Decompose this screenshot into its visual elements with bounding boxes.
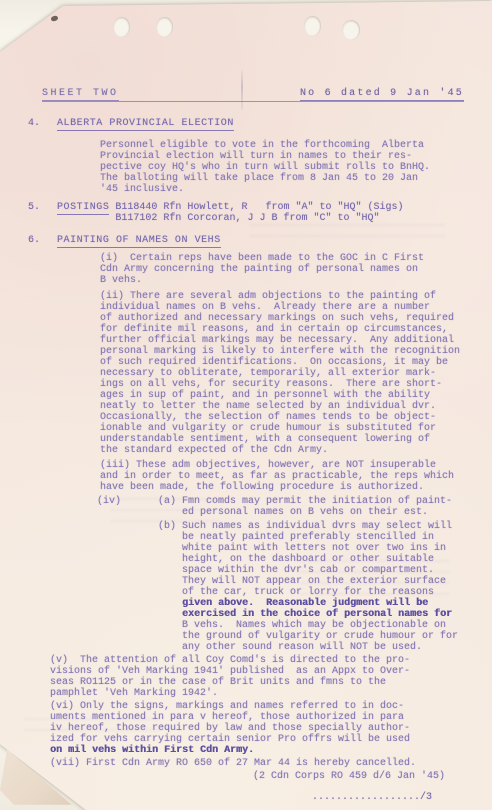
text-line: (ii) There are several adm objections to… — [100, 291, 492, 302]
text-line: personal marking is likely to interfere … — [100, 346, 492, 357]
section-heading: 4. ALBERTA PROVINCIAL ELECTION — [0, 118, 492, 131]
text-line: exercised in the choice of personal name… — [182, 609, 458, 620]
text-line: Personnel eligible to vote in the forthc… — [100, 140, 492, 151]
section-postings: 5. POSTINGS B118440 Rfn Howlett, R from … — [0, 202, 492, 224]
text-line: Cdn Army concerning the painting of pers… — [100, 264, 492, 275]
section-body: Personnel eligible to vote in the forthc… — [100, 140, 492, 195]
subitem-a: (a) Fmn comds may permit the initiation … — [158, 496, 458, 518]
section-alberta-election: 4. ALBERTA PROVINCIAL ELECTION Personnel… — [0, 118, 492, 195]
text-line: understandable sentiment, with a consequ… — [100, 434, 492, 445]
text-line: Occasionally, the selection of names ten… — [100, 412, 492, 423]
text-line: of the car, truck or lorry for the reaso… — [182, 587, 458, 598]
text-line: the standard expected of the Cdn Army. — [100, 445, 492, 456]
subitems-column: (a) Fmn comds may permit the initiation … — [158, 496, 458, 653]
text-line: B118440 Rfn Howlett, R from "A" to "HQ" … — [115, 202, 403, 213]
paragraph-vi: (vi) Only the signs, markings and names … — [50, 701, 492, 756]
cancellation-line: (vii) First Cdn Army RO 650 of 27 Mar 44… — [50, 758, 492, 769]
paragraph-i: (i) Certain reps have been made to the G… — [100, 253, 492, 286]
section-number: 6. — [28, 235, 57, 246]
paper-wrapper: SHEET TWO No 6 dated 9 Jan '45 4. ALBERT… — [0, 0, 492, 810]
text-line: B vehs. — [100, 275, 492, 286]
section-painting-names: 6. PAINTING OF NAMES ON VEHS (i) Certain… — [0, 235, 492, 782]
text-line: and in order to meet, as far as practica… — [100, 471, 492, 482]
text-line: (vi) Only the signs, markings and names … — [50, 701, 492, 712]
text-line: They will NOT appear on the exterior sur… — [182, 576, 458, 587]
subitem-text: Fmn comds may permit the initiation of p… — [182, 496, 452, 518]
subitem-label: (a) — [158, 496, 182, 518]
document-page: SHEET TWO No 6 dated 9 Jan '45 4. ALBERT… — [0, 0, 492, 810]
text-line: Such names as individual dvrs may select… — [182, 521, 458, 532]
text-line: (iii) These adm objectives, however, are… — [100, 460, 492, 471]
section-title: PAINTING OF NAMES ON VEHS — [57, 235, 221, 248]
text-line: individual names on B vehs. Already ther… — [100, 302, 492, 313]
text-line: ed personal names on B vehs on their est… — [182, 507, 452, 518]
text-line: ages in sup of paint, and in personnel w… — [100, 390, 492, 401]
text-line: pamphlet 'Veh Marking 1942'. — [50, 688, 492, 699]
paragraph-iii: (iii) These adm objectives, however, are… — [100, 460, 492, 493]
text-line: B117102 Rfn Corcoran, J J B from "C" to … — [115, 213, 403, 224]
text-line: Fmn comds may permit the initiation of p… — [182, 496, 452, 507]
text-line: white paint with letters not over two in… — [182, 543, 458, 554]
text-line: seas RO1125 or in the case of Brit units… — [50, 677, 492, 688]
text-line: of authorized and necessary markings on … — [100, 313, 492, 324]
paragraph-ii: (ii) There are several adm objections to… — [100, 291, 492, 456]
text-line: (v) The attention of all Coy Comd's is d… — [50, 655, 492, 666]
corps-reference: (2 Cdn Corps RO 459 d/6 Jan '45) — [253, 771, 492, 782]
text-line: B vehs. Names which may be objectionable… — [182, 620, 458, 631]
text-line: be neatly painted preferably stencilled … — [182, 532, 458, 543]
text-line: further official markings may be necessa… — [100, 335, 492, 346]
text-line: on mil vehs within First Cdn Army. — [50, 745, 492, 756]
text-line: given above. Reasonable judgment will be — [182, 598, 458, 609]
text-line: for definite mil reasons, and in certain… — [100, 324, 492, 335]
subitem-b: (b) Such names as individual dvrs may se… — [158, 521, 458, 653]
text-line: The balloting will take place from 8 Jan… — [100, 173, 492, 184]
text-line: necessary to obliterate, temporarily, al… — [100, 368, 492, 379]
section-heading: 6. PAINTING OF NAMES ON VEHS — [0, 235, 492, 248]
issue-date-label: No 6 dated 9 Jan '45 — [300, 88, 464, 101]
paragraph-iv: (iv) (a) Fmn comds may permit the initia… — [97, 496, 492, 653]
page-header: SHEET TWO No 6 dated 9 Jan '45 — [42, 86, 464, 102]
paragraph-v: (v) The attention of all Coy Comd's is d… — [50, 655, 492, 699]
text-line: Provincial election will turn in names t… — [100, 151, 492, 162]
section-number: 5. — [28, 202, 57, 213]
text-line: any other sound reason will NOT be used. — [182, 642, 458, 653]
typewritten-content: SHEET TWO No 6 dated 9 Jan '45 4. ALBERT… — [0, 0, 492, 810]
text-line: '45 inclusive. — [100, 184, 492, 195]
text-line: space within the dvr's cab or compartmen… — [182, 565, 458, 576]
section-title: ALBERTA PROVINCIAL ELECTION — [57, 118, 234, 131]
text-line: ings on all vehs, for security reasons. … — [100, 379, 492, 390]
paragraph-label: (iv) — [97, 496, 158, 653]
continuation-marker: ................../3 — [312, 792, 492, 803]
text-line: of such required identifications. On occ… — [100, 357, 492, 368]
sheet-label: SHEET TWO — [42, 88, 119, 101]
section-title: POSTINGS — [57, 202, 109, 215]
paragraph-vii: (vii) First Cdn Army RO 650 of 27 Mar 44… — [50, 758, 492, 769]
text-line: ized for vehs carrying certain senior Pr… — [50, 734, 492, 745]
text-line: height, on the dashboard or other suitab… — [182, 554, 458, 565]
text-line: have been made, the following procedure … — [100, 482, 492, 493]
text-line: ionable and vulgarity or crude humour is… — [100, 423, 492, 434]
text-line: iv hereof, those required by law and tho… — [50, 723, 492, 734]
subitem-label: (b) — [158, 521, 182, 653]
text-line: neatly to letter the name selected by an… — [100, 401, 492, 412]
postings-entries: B118440 Rfn Howlett, R from "A" to "HQ" … — [115, 202, 403, 224]
text-line: (i) Certain reps have been made to the G… — [100, 253, 492, 264]
text-line: visions of 'Veh Marking 1941' published … — [50, 666, 492, 677]
section-number: 4. — [28, 118, 57, 129]
section-heading: 5. POSTINGS B118440 Rfn Howlett, R from … — [0, 202, 492, 224]
subitem-text: Such names as individual dvrs may select… — [182, 521, 458, 653]
text-line: the ground of vulgarity or crude humour … — [182, 631, 458, 642]
text-line: uments mentioned in para v hereof, those… — [50, 712, 492, 723]
text-line: pective coy HQ's who in turn will submit… — [100, 162, 492, 173]
